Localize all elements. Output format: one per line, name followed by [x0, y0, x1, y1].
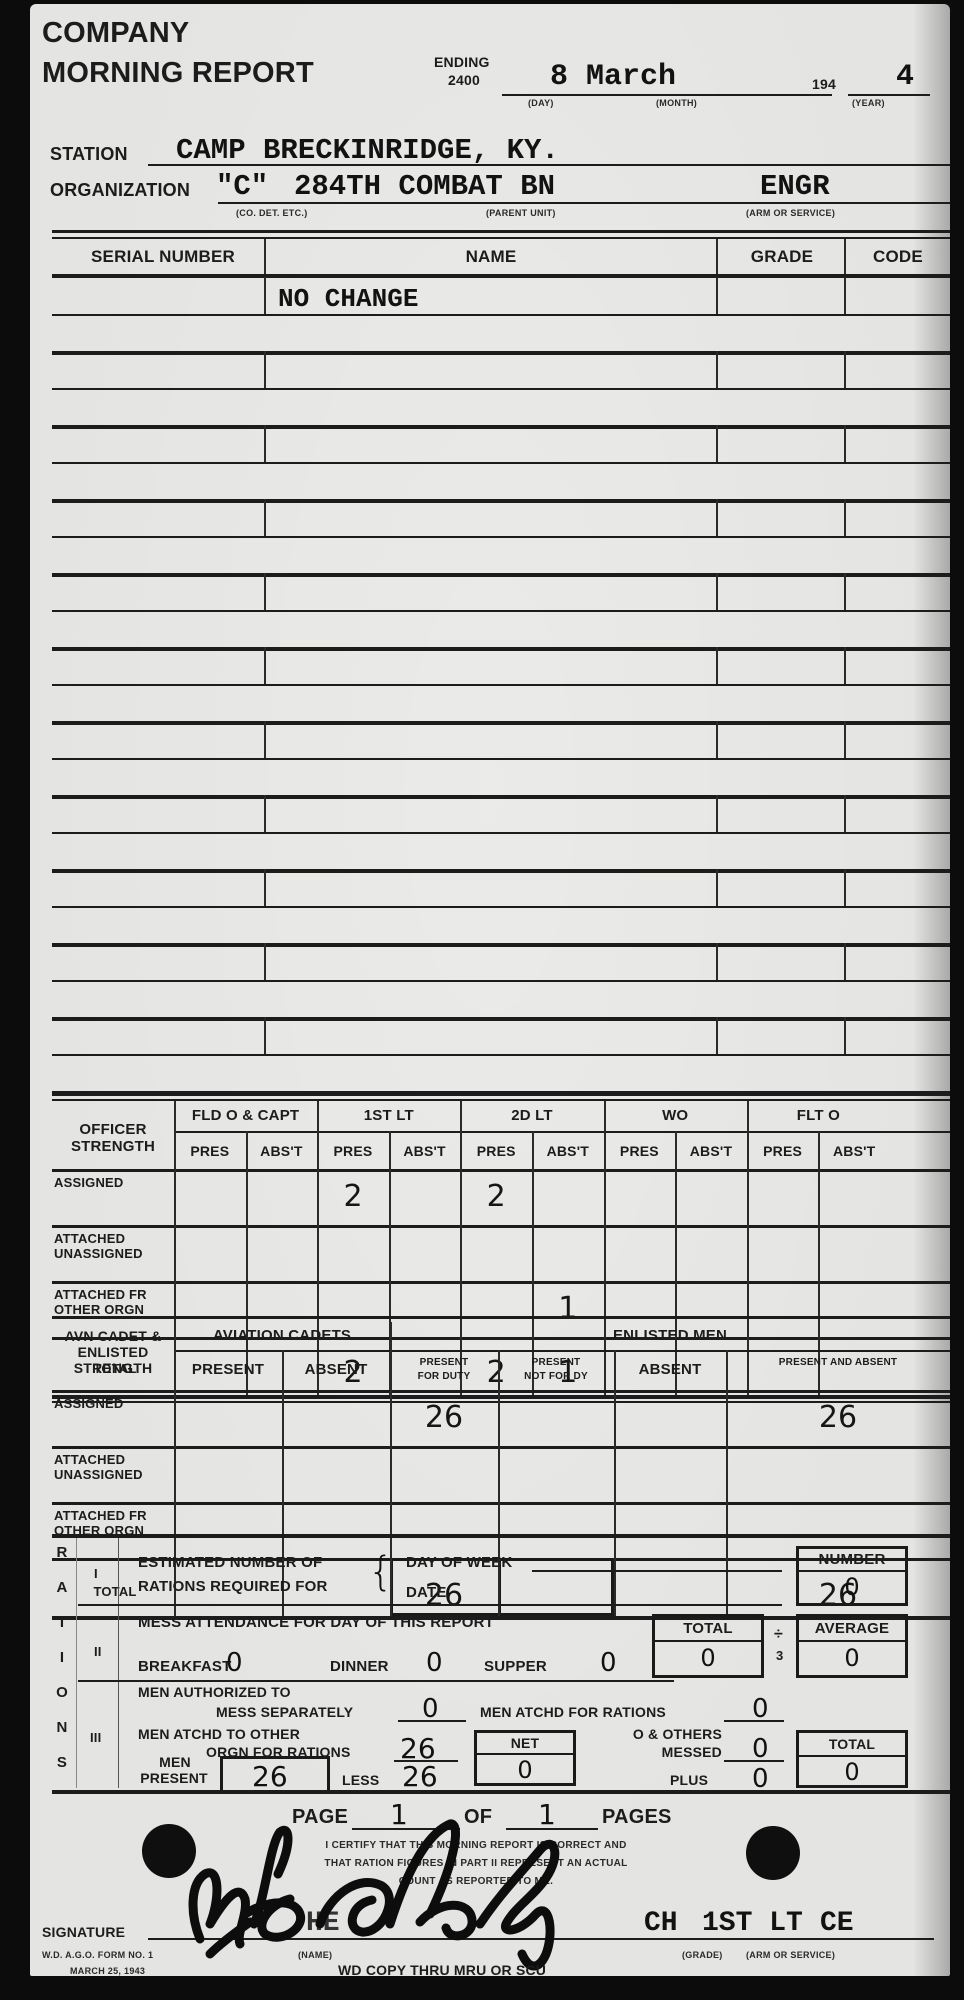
organization-label: ORGANIZATION — [50, 180, 190, 201]
roster-col-divider — [844, 499, 846, 536]
o-others-label-1: O & OTHERS — [612, 1726, 722, 1742]
officer-subcol-header: ABS'T — [246, 1143, 318, 1159]
typed-grade: 1ST LT — [702, 1908, 803, 1939]
mess-total-value: 0 — [655, 1642, 761, 1674]
officer-group-header: 2D LT — [460, 1107, 603, 1124]
net-box: NET 0 — [474, 1730, 576, 1786]
rations-side-letter: O — [52, 1684, 72, 1701]
rations-side-letter: R — [52, 1544, 72, 1561]
col-header-name: NAME — [266, 247, 716, 267]
officer-group-header: WO — [604, 1107, 747, 1124]
enlisted-header-rule — [52, 1390, 950, 1393]
roster-row-rule — [52, 758, 950, 760]
less-value: 26 — [402, 1760, 438, 1793]
officer-subcol-header: PRES — [460, 1143, 532, 1159]
enlisted-subcol-header: ABSENT — [282, 1362, 390, 1378]
col-divider — [716, 239, 718, 275]
roster-row-rule — [52, 647, 950, 651]
roster-col-divider — [716, 351, 718, 388]
net-label: NET — [477, 1733, 573, 1755]
enlisted-cell-value: 26 — [726, 1400, 950, 1435]
roster-col-divider — [844, 573, 846, 610]
estimated-label-2: RATIONS REQUIRED FOR — [138, 1578, 328, 1595]
men-present-label-1: MEN — [130, 1754, 220, 1770]
number-label: NUMBER — [799, 1549, 905, 1572]
form-number: W.D. A.G.O. FORM NO. 1 — [42, 1950, 153, 1960]
rations-total-box: TOTAL 0 — [796, 1730, 908, 1788]
breakfast-label: BREAKFAST — [138, 1658, 231, 1675]
caption-company: (CO. DET. ETC.) — [236, 208, 308, 218]
rations-top-rule — [52, 1534, 950, 1538]
atchd-for-rations-underline — [724, 1720, 784, 1722]
officer-cell-value: 2 — [460, 1179, 532, 1214]
officer-row-label: ATTACHED FR OTHER ORGN — [54, 1287, 176, 1317]
officer-subcol-header: PRES — [747, 1143, 819, 1159]
date-underline — [502, 94, 832, 96]
form-title-line2: MORNING REPORT — [42, 58, 314, 88]
officer-subcol-header: PRES — [174, 1143, 246, 1159]
station-underline — [148, 164, 950, 166]
roster-row-rule — [52, 536, 950, 538]
rations-side-letter: T — [52, 1614, 72, 1631]
morning-report-form: COMPANY MORNING REPORT ENDING 2400 8 Mar… — [30, 4, 950, 1976]
day-of-week-label: DAY OF WEEK — [406, 1554, 512, 1571]
rations-side-letter: A — [52, 1579, 72, 1596]
section-ii-rule — [78, 1680, 674, 1682]
mess-attendance-title: MESS ATTENDANCE FOR DAY OF THIS REPORT — [138, 1614, 494, 1631]
col-divider — [844, 239, 846, 275]
enlisted-row-label: ASSIGNED — [54, 1396, 176, 1411]
officer-row-label: ASSIGNED — [54, 1175, 176, 1190]
officer-row-rule — [52, 1225, 950, 1228]
roster-col-divider — [264, 1017, 266, 1054]
roster-row-rule — [52, 1017, 950, 1021]
men-present-label-2: PRESENT — [126, 1770, 222, 1786]
roster-col-divider — [716, 573, 718, 610]
officer-strength-header: OFFICER STRENGTH — [52, 1121, 174, 1155]
section-iii-numeral: III — [90, 1730, 101, 1745]
report-date: 8 March — [550, 60, 676, 94]
enlisted-subcol-header: ABSENT — [614, 1362, 726, 1378]
net-value: 0 — [477, 1755, 573, 1785]
roster-col-divider — [264, 499, 266, 536]
officer-row-label: ATTACHED UNASSIGNED — [54, 1231, 176, 1261]
officer-cell-value: 1 — [532, 1291, 604, 1326]
enlisted-col-divider — [726, 1350, 728, 1616]
name-caption: (NAME) — [298, 1950, 332, 1960]
month-caption: (MONTH) — [656, 98, 697, 108]
average-box: AVERAGE 0 — [796, 1614, 908, 1678]
auth-separately-label-2: MESS SEPARATELY — [216, 1704, 353, 1720]
roster-col-divider — [844, 647, 846, 684]
mess-total-label: TOTAL — [655, 1617, 761, 1642]
enlisted-cell-value: 26 — [390, 1400, 498, 1435]
roster-col-divider — [264, 869, 266, 906]
enlisted-row-rule — [52, 1446, 950, 1449]
col-divider — [264, 239, 266, 275]
roster-row-rule — [52, 832, 950, 834]
enlisted-col-divider — [174, 1322, 176, 1616]
roster-entry-name: NO CHANGE — [278, 284, 418, 314]
enlisted-col-divider — [614, 1350, 616, 1616]
roster-col-divider — [844, 795, 846, 832]
officer-subcol-header: ABS'T — [389, 1143, 461, 1159]
officer-subcol-header: PRES — [317, 1143, 389, 1159]
average-label: AVERAGE — [799, 1617, 905, 1642]
organization-arm: ENGR — [760, 170, 830, 203]
ending-time: 2400 — [448, 72, 480, 88]
year-underline — [848, 94, 930, 96]
supper-value: 0 — [600, 1648, 617, 1678]
roster-col-divider — [844, 425, 846, 462]
rations-bottom-rule — [52, 1790, 950, 1794]
roster-row-rule — [52, 388, 950, 390]
roster-row-rule — [52, 721, 950, 725]
roster-row-rule — [52, 462, 950, 464]
roster-col-divider — [844, 721, 846, 758]
number-box: NUMBER 0 — [796, 1546, 908, 1606]
roster-col-divider — [844, 1017, 846, 1054]
arm-caption: (ARM OR SERVICE) — [746, 1950, 835, 1960]
officer-col-divider — [246, 1131, 248, 1395]
roster-col-divider — [264, 647, 266, 684]
men-present-value: 26 — [252, 1760, 288, 1793]
roster-col-divider — [264, 425, 266, 462]
roster-col-divider — [844, 869, 846, 906]
rations-divider — [76, 1538, 77, 1788]
roster-col-divider — [716, 1017, 718, 1054]
officer-subcol-header: ABS'T — [818, 1143, 890, 1159]
form-date: MARCH 25, 1943 — [70, 1966, 145, 1976]
col-header-code: CODE — [846, 247, 950, 267]
less-label: LESS — [342, 1772, 379, 1788]
o-others-underline — [724, 1760, 784, 1762]
rations-side-letter: S — [52, 1754, 72, 1771]
average-value: 0 — [799, 1642, 905, 1674]
officer-group-header: 1ST LT — [317, 1107, 460, 1124]
rations-total-label: TOTAL — [799, 1733, 905, 1757]
auth-separately-label-1: MEN AUTHORIZED TO — [138, 1684, 291, 1700]
caption-parent-unit: (PARENT UNIT) — [486, 208, 556, 218]
roster-row-rule — [52, 314, 950, 316]
enlisted-subcol-header: PRESENT NOT FOR DY — [498, 1356, 614, 1384]
report-year-digit: 4 — [896, 60, 914, 94]
enlisted-strength-header: AVN CADET & ENLISTED STRENGTH — [52, 1328, 174, 1376]
number-value: 0 — [799, 1572, 905, 1602]
roster-header-rule — [52, 274, 950, 278]
col-header-serial: SERIAL NUMBER — [52, 247, 274, 267]
caption-arm: (ARM OR SERVICE) — [746, 208, 835, 218]
organization-underline — [218, 202, 950, 204]
o-others-label-2: MESSED — [612, 1744, 722, 1760]
roster-col-divider — [264, 943, 266, 980]
divide-icon: ÷ — [774, 1626, 783, 1644]
plus-label: PLUS — [670, 1772, 708, 1788]
auth-separately-underline — [398, 1720, 466, 1722]
wd-copy-note: WD COPY THRU MRU OR SCU — [338, 1962, 546, 1978]
officer-top-rule — [52, 1092, 950, 1096]
roster-col-divider — [716, 425, 718, 462]
station-value: CAMP BRECKINRIDGE, KY. — [176, 134, 559, 167]
date-label: DATE — [406, 1584, 447, 1601]
officer-top-rule-2 — [52, 1099, 950, 1101]
officer-cell-value: 2 — [317, 1179, 389, 1214]
estimated-label-1: ESTIMATED NUMBER OF — [138, 1554, 322, 1571]
roster-col-divider — [264, 573, 266, 610]
enlisted-row-rule — [52, 1502, 950, 1505]
roster-col-divider — [716, 795, 718, 832]
roster-col-divider — [716, 499, 718, 536]
roster-col-divider — [264, 795, 266, 832]
enlisted-subcol-header: PRESENT — [174, 1362, 282, 1378]
officer-row-rule — [52, 1395, 950, 1399]
dinner-label: DINNER — [330, 1658, 389, 1675]
roster-row-rule — [52, 610, 950, 612]
section-ii-numeral: II — [94, 1644, 102, 1659]
enlisted-subcol-header: PRESENT FOR DUTY — [390, 1356, 498, 1384]
enlisted-group-rule — [174, 1350, 950, 1352]
form-title-line1: COMPANY — [42, 18, 189, 48]
roster-col-divider — [716, 647, 718, 684]
roster-row-rule — [52, 943, 950, 947]
station-label: STATION — [50, 144, 128, 165]
officer-subcol-header: ABS'T — [675, 1143, 747, 1159]
roster-col-divider — [264, 277, 266, 314]
dinner-value: 0 — [426, 1648, 443, 1678]
atchd-for-rations-label: MEN ATCHD FOR RATIONS — [480, 1704, 666, 1720]
divisor: 3 — [776, 1648, 783, 1663]
enlisted-col-divider — [282, 1350, 284, 1616]
roster-col-divider — [716, 721, 718, 758]
roster-col-divider — [844, 943, 846, 980]
ending-label: ENDING — [434, 54, 490, 70]
enlisted-subcol-header: PRESENT AND ABSENT — [726, 1356, 950, 1370]
officer-header-rule — [52, 1169, 950, 1172]
rations-total-value: 0 — [799, 1757, 905, 1787]
officer-group-header: FLT O — [747, 1107, 890, 1124]
year-caption: (YEAR) — [852, 98, 885, 108]
enlisted-col-divider — [498, 1350, 500, 1616]
roster-row-rule — [52, 980, 950, 982]
rations-side-letter: I — [52, 1649, 72, 1666]
roster-col-divider — [264, 351, 266, 388]
handwritten-signature — [150, 1804, 670, 1974]
roster-row-rule — [52, 869, 950, 873]
supper-label: SUPPER — [484, 1658, 547, 1675]
officer-subcol-header: ABS'T — [532, 1143, 604, 1159]
officer-group-rule — [174, 1131, 950, 1133]
section-i-rule — [78, 1604, 782, 1606]
punch-hole-right — [746, 1826, 800, 1880]
grade-caption: (GRADE) — [682, 1950, 723, 1960]
roster-row-rule — [52, 795, 950, 799]
officer-row-rule — [52, 1281, 950, 1284]
roster-col-divider — [716, 277, 718, 314]
organization-parent-unit: 284TH COMBAT BN — [294, 170, 555, 203]
roster-col-divider — [716, 869, 718, 906]
roster-col-divider — [844, 277, 846, 314]
roster-row-rule — [52, 573, 950, 577]
roster-col-divider — [716, 943, 718, 980]
roster-top-rule — [52, 230, 950, 233]
roster-col-divider — [844, 351, 846, 388]
year-prefix: 194 — [812, 76, 836, 92]
roster-top-rule-2 — [52, 237, 950, 239]
atchd-other-label-1: MEN ATCHD TO OTHER — [138, 1726, 300, 1742]
roster-row-rule — [52, 425, 950, 429]
section-i-numeral: I — [94, 1566, 98, 1581]
typed-arm: CE — [820, 1908, 854, 1939]
rations-side-letter: N — [52, 1719, 72, 1736]
day-of-week-underline — [532, 1570, 782, 1572]
day-caption: (DAY) — [528, 98, 554, 108]
roster-row-rule — [52, 499, 950, 503]
brace-icon: { — [368, 1550, 393, 1594]
aviation-cadets-header: AVIATION CADETS — [174, 1327, 390, 1344]
organization-company: "C" — [216, 170, 268, 203]
mess-total-box: TOTAL 0 — [652, 1614, 764, 1678]
officer-subcol-header: PRES — [604, 1143, 676, 1159]
officer-group-header: FLD O & CAPT — [174, 1107, 317, 1124]
enlisted-top-rule — [52, 1316, 950, 1319]
roster-col-divider — [264, 721, 266, 758]
breakfast-value: 0 — [226, 1648, 243, 1678]
rations-divider — [118, 1538, 119, 1788]
roster-row-rule — [52, 906, 950, 908]
enlisted-men-header: ENLISTED MEN — [390, 1327, 950, 1344]
col-header-grade: GRADE — [718, 247, 846, 267]
enlisted-row-label: ATTACHED UNASSIGNED — [54, 1452, 176, 1482]
roster-row-rule — [52, 1054, 950, 1056]
signature-label: SIGNATURE — [42, 1924, 125, 1940]
roster-row-rule — [52, 351, 950, 355]
officer-col-divider — [675, 1131, 677, 1395]
roster-row-rule — [52, 684, 950, 686]
